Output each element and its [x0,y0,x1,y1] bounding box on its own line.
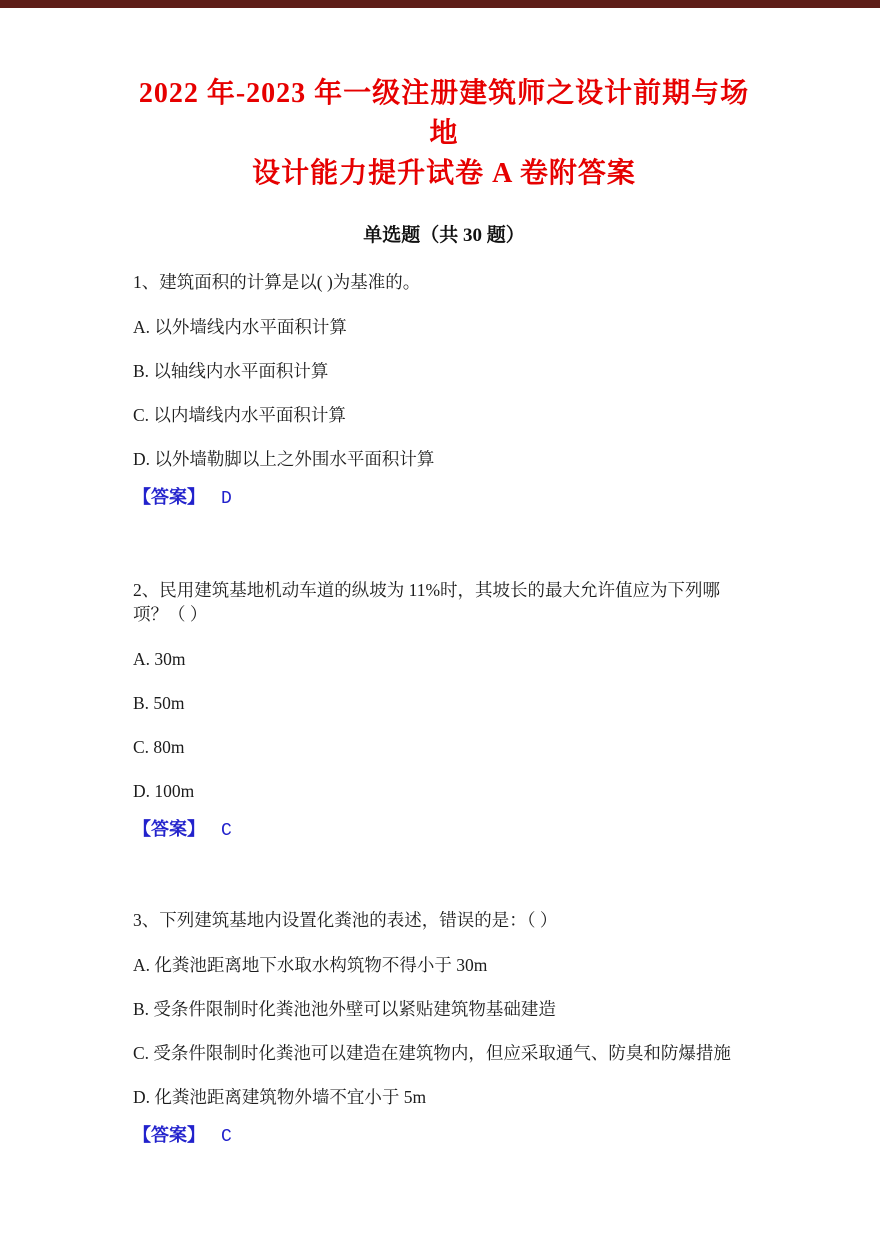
answer-label: 【答案】 [133,1125,205,1145]
exam-document-page: 2022 年-2023 年一级注册建筑师之设计前期与场地 设计能力提升试卷 A … [0,74,880,1146]
question-3-option-c: C. 受条件限制时化粪池可以建造在建筑物内，但应采取通气、防臭和防爆措施 [133,1044,755,1062]
document-title: 2022 年-2023 年一级注册建筑师之设计前期与场地 设计能力提升试卷 A … [133,74,755,194]
question-3-option-d: D. 化粪池距离建筑物外墙不宜小于 5m [133,1088,755,1106]
question-1-answer-letter: D [221,489,232,509]
question-2-answer-line: 【答案】C [133,820,755,840]
question-3-stem: 3、下列建筑基地内设置化粪池的表述，错误的是：（ ） [133,908,755,932]
question-2-option-a: A. 30m [133,650,755,668]
question-1-answer-line: 【答案】D [133,488,755,508]
question-1-option-b: B. 以轴线内水平面积计算 [133,362,755,380]
question-2-option-b: B. 50m [133,694,755,712]
top-border-bar [0,0,880,8]
question-2-answer-letter: C [221,821,232,841]
section-heading: 单选题（共 30 题） [133,224,755,248]
answer-label: 【答案】 [133,487,205,507]
document-title-line-2: 设计能力提升试卷 A 卷附答案 [133,154,755,194]
question-1-option-c: C. 以内墙线内水平面积计算 [133,406,755,424]
question-3-answer-letter: C [221,1127,232,1147]
question-1: 1、建筑面积的计算是以( )为基准的。 A. 以外墙线内水平面积计算 B. 以轴… [133,270,755,508]
question-3-option-a: A. 化粪池距离地下水取水构筑物不得小于 30m [133,956,755,974]
question-1-stem: 1、建筑面积的计算是以( )为基准的。 [133,270,755,294]
document-title-line-1: 2022 年-2023 年一级注册建筑师之设计前期与场地 [133,74,755,154]
question-2: 2、民用建筑基地机动车道的纵坡为 11%时，其坡长的最大允许值应为下列哪项？（ … [133,578,755,840]
question-2-option-d: D. 100m [133,782,755,800]
question-3-answer-line: 【答案】C [133,1126,755,1146]
answer-label: 【答案】 [133,819,205,839]
question-1-option-d: D. 以外墙勒脚以上之外围水平面积计算 [133,450,755,468]
question-2-stem: 2、民用建筑基地机动车道的纵坡为 11%时，其坡长的最大允许值应为下列哪项？（ … [133,578,755,626]
question-2-option-c: C. 80m [133,738,755,756]
question-3-option-b: B. 受条件限制时化粪池池外壁可以紧贴建筑物基础建造 [133,1000,755,1018]
question-1-option-a: A. 以外墙线内水平面积计算 [133,318,755,336]
question-3: 3、下列建筑基地内设置化粪池的表述，错误的是：（ ） A. 化粪池距离地下水取水… [133,908,755,1146]
